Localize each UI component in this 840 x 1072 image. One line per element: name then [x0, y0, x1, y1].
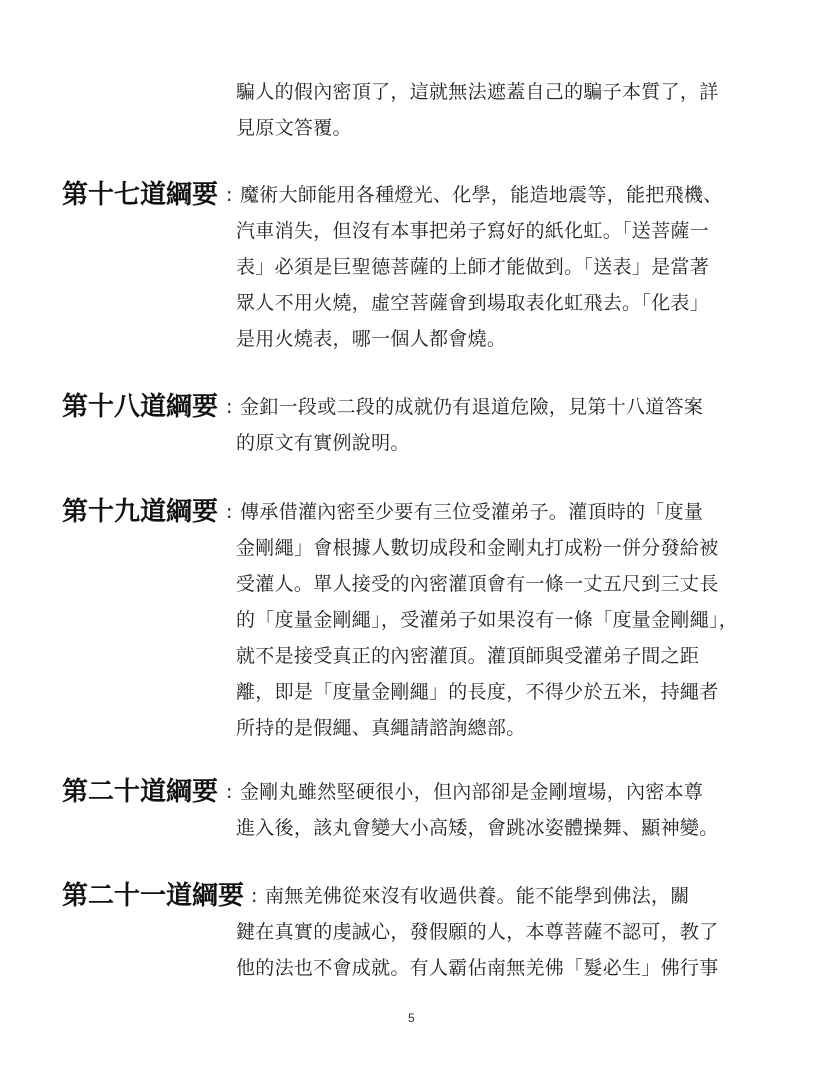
section-line: 金釦一段或二段的成就仍有退道危險，見第十八道答案	[240, 395, 703, 419]
heading-colon: :	[226, 780, 232, 804]
section-heading-20: 第二十道綱要	[62, 777, 218, 807]
heading-colon: :	[226, 395, 232, 419]
section-heading-21: 第二十一道綱要	[62, 881, 244, 911]
section-line: 魔術大師能用各種燈光、化學，能造地震等，能把飛機、	[240, 183, 723, 207]
section-line: 鍵在真實的虔誠心，發假願的人，本尊菩薩不認可，教了	[236, 920, 719, 944]
heading-colon: :	[226, 500, 232, 524]
heading-colon: :	[251, 884, 257, 908]
section-line: 離，即是「度量金剛繩」的長度，不得少於五米，持繩者	[236, 680, 719, 704]
section-line: 傳承借灌內密至少要有三位受灌弟子。灌頂時的「度量	[240, 500, 703, 524]
section-line: 受灌人。單人接受的內密灌頂會有一條一丈五尺到三丈長	[236, 572, 719, 596]
section-line: 眾人不用火燒，虛空菩薩會到場取表化虹飛去。「化表」	[236, 291, 709, 315]
page-number: 5	[408, 1011, 415, 1025]
continuation-line: 見原文答覆。	[236, 116, 352, 140]
section-heading-17: 第十七道綱要	[62, 180, 218, 210]
section-line: 汽車消失，但沒有本事把弟子寫好的紙化虹。「送菩薩一	[236, 219, 709, 243]
heading-colon: :	[226, 183, 232, 207]
section-line: 他的法也不會成就。有人霸佔南無羌佛「髮必生」佛行事	[236, 956, 719, 980]
section-line: 就不是接受真正的內密灌頂。灌頂師與受灌弟子間之距	[236, 644, 699, 668]
section-line: 的原文有實例說明。	[236, 431, 410, 455]
section-line: 進入後，該丸會變大小高矮，會跳冰姿體操舞、顯神變。	[236, 816, 719, 840]
section-line: 所持的是假繩、真繩請諮詢總部。	[236, 716, 526, 740]
section-line: 南無羌佛從來沒有收過供養。能不能學到佛法，關	[265, 884, 690, 908]
section-line: 的「度量金剛繩」，受灌弟子如果沒有一條「度量金剛繩」，	[236, 608, 738, 632]
section-heading-18: 第十八道綱要	[62, 392, 218, 422]
section-line: 金剛丸雖然堅硬很小，但內部卻是金剛壇場，內密本尊	[240, 780, 703, 804]
section-line: 是用火燒表，哪一個人都會燒。	[236, 327, 506, 351]
section-heading-19: 第十九道綱要	[62, 497, 218, 527]
continuation-line: 騙人的假內密頂了，這就無法遮蓋自己的騙子本質了，詳	[236, 80, 719, 104]
document-page: 騙人的假內密頂了，這就無法遮蓋自己的騙子本質了，詳 見原文答覆。 第十七道綱要 …	[0, 0, 840, 1072]
section-line: 金剛繩」會根據人數切成段和金剛丸打成粉一併分發給被	[236, 536, 719, 560]
section-line: 表」必須是巨聖德菩薩的上師才能做到。「送表」是當著	[236, 255, 709, 279]
